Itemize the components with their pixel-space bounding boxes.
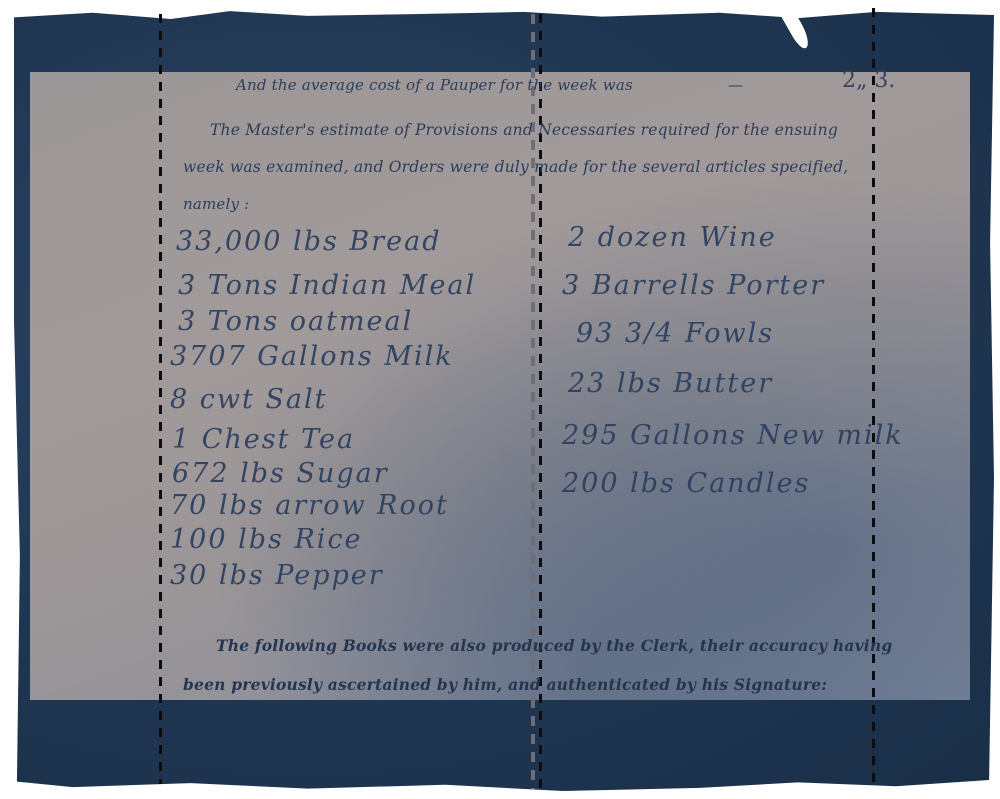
footer-line-books: The following Books were also produced b… <box>216 636 892 655</box>
provision-item: 3 Barrells Porter <box>562 270 825 301</box>
provision-item: 200 lbs Candles <box>562 468 810 499</box>
provision-item: 672 lbs Sugar <box>172 458 389 489</box>
provision-item: 3 Tons oatmeal <box>178 306 413 337</box>
header-dash: — <box>728 76 743 94</box>
provision-item: 33,000 lbs Bread <box>176 226 442 257</box>
header-line-cost: And the average cost of a Pauper for the… <box>236 76 633 94</box>
provision-item: 3 Tons Indian Meal <box>178 270 476 301</box>
cost-amount: 2„ 3. <box>842 68 895 93</box>
stitch-line-left <box>159 14 162 784</box>
provision-item: 23 lbs Butter <box>568 368 773 399</box>
provision-item: 8 cwt Salt <box>170 384 328 415</box>
stitch-line-right <box>872 8 875 788</box>
header-line-estimate: The Master's estimate of Provisions and … <box>210 121 838 139</box>
provision-item: 70 lbs arrow Root <box>170 490 449 521</box>
provision-item: 1 Chest Tea <box>172 424 355 455</box>
footer-line-signature: been previously ascertained by him, and … <box>183 675 827 694</box>
provision-item: 30 lbs Pepper <box>170 560 384 591</box>
provision-item: 295 Gallons New milk <box>562 420 904 451</box>
header-line-namely: namely : <box>183 195 249 213</box>
header-line-orders: week was examined, and Orders were duly … <box>183 158 848 176</box>
provision-item: 93 3/4 Fowls <box>576 318 774 349</box>
provision-item: 2 dozen Wine <box>568 222 777 253</box>
provision-item: 100 lbs Rice <box>170 524 363 555</box>
provision-item: 3707 Gallons Milk <box>170 341 454 372</box>
